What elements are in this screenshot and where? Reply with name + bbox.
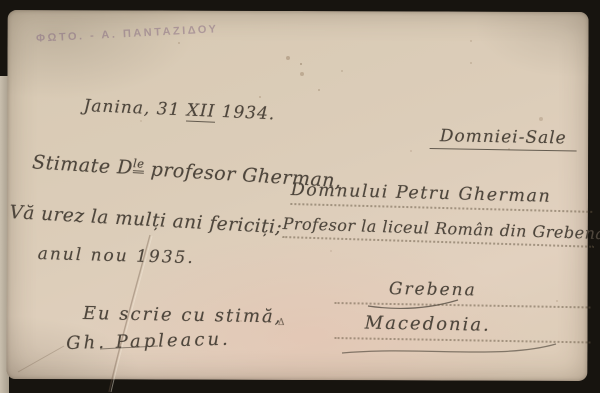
postcard-photo: ΦΩΤΟ. - Α. ΠΑΝΤΑΖΙΔΟΥ Janina, 31 XII 193… xyxy=(0,0,600,393)
address-region: Macedonia. xyxy=(335,312,591,343)
salutation-abbrev: Dle xyxy=(116,157,144,181)
dateline-place: Janina, xyxy=(83,96,151,119)
message-wish-line2: anul nou 1935. xyxy=(37,244,195,268)
salutation-abbrev-superscript: le xyxy=(133,156,145,174)
salutation-word: Stimate xyxy=(32,151,112,178)
message-closing: Eu scrie cu stimă, xyxy=(83,303,283,327)
address-region-text: Macedonia. xyxy=(365,313,491,336)
macedonia-flourish xyxy=(342,344,556,353)
address-honorific: Domniei-Sale xyxy=(430,126,577,152)
address-town-text: Grebena xyxy=(389,279,477,301)
dateline-day: 31 xyxy=(156,99,180,120)
dateline-month: XII xyxy=(186,101,215,123)
address-town: Grebena xyxy=(335,278,591,308)
triangle-mark: Δ xyxy=(278,318,285,328)
corner-crease xyxy=(18,346,64,372)
dateline-year: 1934. xyxy=(221,102,275,124)
message-signature: Gh. Papleacu. xyxy=(66,329,231,354)
